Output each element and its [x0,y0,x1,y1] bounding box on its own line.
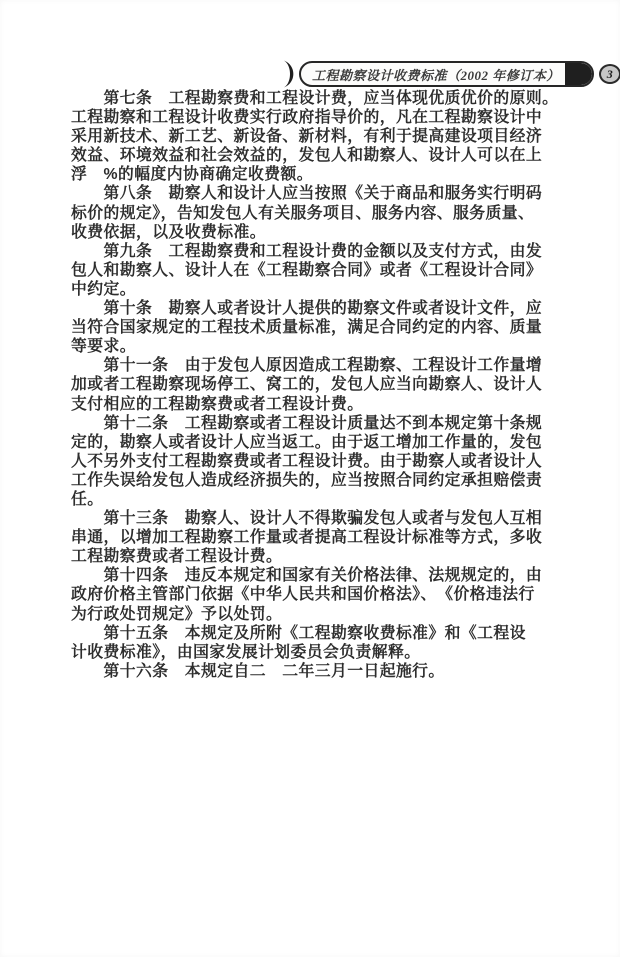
article-paragraph: 第九条 工程勘察费和工程设计费的金额以及支付方式，由发 包人和勘察人、设计人在《… [71,242,576,299]
banner-black-cap [565,63,592,85]
article-paragraph: 第十五条 本规定及所附《工程勘察收费标准》和《工程设 计收费标准》，由国家发展计… [71,624,576,662]
running-head-pill: 工程勘察设计收费标准（2002 年修订本） [299,61,594,87]
crescent-ornament-icon [283,60,297,88]
document-page: 工程勘察设计收费标准（2002 年修订本） 3 第七条 工程勘察费和工程设计费，… [0,0,620,957]
article-paragraph: 第十三条 勘察人、设计人不得欺骗发包人或者与发包人互相 串通，以增加工程勘察工作… [71,509,576,566]
article-paragraph: 第八条 勘察人和设计人应当按照《关于商品和服务实行明码 标价的规定》，告知发包人… [71,184,576,241]
article-paragraph: 第七条 工程勘察费和工程设计费，应当体现优质优价的原则。 工程勘察和工程设计收费… [71,89,576,184]
article-paragraph: 第十四条 违反本规定和国家有关价格法律、法规规定的，由 政府价格主管部门依据《中… [71,566,576,623]
page-number-badge: 3 [599,64,620,84]
article-paragraph: 第十二条 工程勘察或者工程设计质量达不到本规定第十条规 定的，勘察人或者设计人应… [71,414,576,509]
document-body: 第七条 工程勘察费和工程设计费，应当体现优质优价的原则。 工程勘察和工程设计收费… [71,89,576,681]
running-head-banner: 工程勘察设计收费标准（2002 年修订本） 3 [283,60,620,88]
article-paragraph: 第十一条 由于发包人原因造成工程勘察、工程设计工作量增 加或者工程勘察现场停工、… [71,356,576,413]
article-paragraph: 第十条 勘察人或者设计人提供的勘察文件或者设计文件，应 当符合国家规定的工程技术… [71,299,576,356]
article-paragraph: 第十六条 本规定自二 二年三月一日起施行。 [71,662,576,681]
running-head-title: 工程勘察设计收费标准（2002 年修订本） [312,65,560,84]
